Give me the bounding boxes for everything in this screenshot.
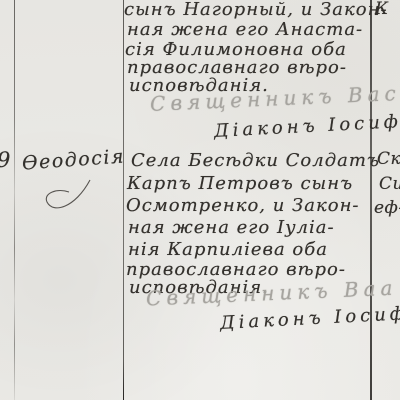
margin-fragment: Си [379, 176, 400, 193]
entry-number: 9 [0, 150, 10, 171]
prev-entry-line: ная жена его Анаста- [127, 21, 363, 39]
column-rule-right [370, 0, 372, 400]
entry-name: Ѳеодосія [21, 147, 125, 173]
margin-fragment: еф- [374, 200, 400, 217]
entry-line: Села Бесѣдки Солдатъ [131, 152, 380, 170]
column-rule-middle [123, 0, 124, 400]
prev-entry-line: сынъ Нагорный, и Закон- [124, 1, 388, 19]
deacon-signature: Діаконъ Іосиф [220, 305, 400, 333]
deacon-signature: Діаконъ Іосиф [214, 113, 400, 141]
entry-line: нія Карпиліева оба [128, 241, 328, 259]
document-scan: сынъ Нагорный, и Закон- ная жена его Ана… [0, 0, 400, 400]
entry-line: Осмотренко, и Закон- [126, 197, 360, 215]
margin-fragment: Ск [377, 151, 400, 168]
entry-line: ная жена его Іуліа- [128, 219, 335, 237]
column-rule-left [14, 0, 15, 400]
margin-fragment: К [375, 1, 389, 18]
entry-line: Карпъ Петровъ сынъ [127, 175, 353, 193]
name-flourish [35, 178, 105, 212]
